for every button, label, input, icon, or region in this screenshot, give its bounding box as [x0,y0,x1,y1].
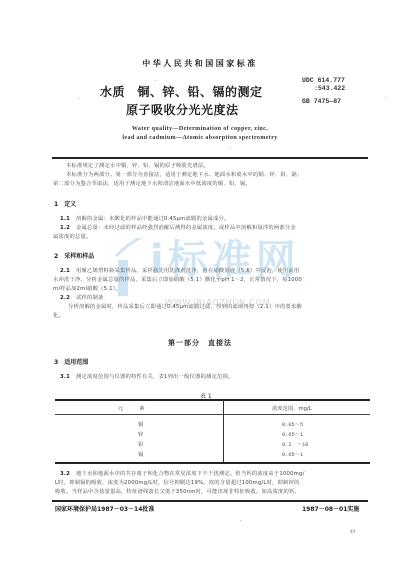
table-column-divider [223,400,224,462]
clause-number: 1.1 [60,216,70,222]
header-divider [52,157,368,159]
section-title: 适用范围 [64,359,88,366]
clause-number: 2.1 [60,268,70,274]
section-number: 3 [54,359,58,366]
english-title-line-1: Water quality—Determination of copper, z… [0,126,400,132]
section-title: 定义 [64,201,76,208]
section-2-heading: 2采样和样品 [54,251,94,260]
udc-line-2: :543.422 [302,85,345,93]
udc-line-1: UDC 614.777 [302,77,345,84]
clause-3-2-line-3: 吸收。当样品中含盐量很高，特征谱线波长又低于350nm时，可能出现非特征吸收。如… [55,488,300,497]
section-3-heading: 3适用范围 [54,357,88,366]
table-cell-range: 0.05～1 [282,430,303,438]
scan-speck [78,98,79,99]
clause-number: 2.2 [60,295,70,301]
clause-2-1: 2.1用聚乙烯塑料瓶采集样品。采样瓶先用洗涤剂洗净，再在硝酸溶液（5.6）中浸泡… [60,267,299,276]
implementation-date: 1987－08－01实施 [302,504,359,513]
table-header-rule [55,414,370,415]
clause-number: 1.2 [60,225,70,231]
clause-text: 溶解的金属：未酸化的样品中能通过0.45μm滤膜的金属成分。 [76,216,229,222]
clause-2-1-line-3: ml样品加2ml硝酸（5.1）。 [53,285,121,294]
part-1-heading: 第一部分 直接法 [0,338,400,348]
table-top-rule [55,399,370,401]
clause-text: 地下水和地面水中的共存离子和化合物在常见浓度下不干扰测定。但当钙的浓度高于100… [76,471,305,477]
clause-title: 试样的制备 [76,295,104,301]
clause-1-2: 1.2金属总量：未经过滤的样品经强烈消解后测得的金属浓度，或样品中溶解和悬浮的两… [60,224,296,233]
gb-number: GB 7475—87 [302,98,341,105]
clause-number: 3.1 [60,374,70,380]
clause-number: 3.2 [60,471,70,477]
intro-paragraph-2-line-1: 本标准分为两部分。第一部分为直接法，适用于测定地下水、地面水和废水中的铜、锌、铅… [66,171,302,180]
section-1-heading: 1定义 [54,199,76,208]
section-number: 1 [54,201,58,208]
table-cell-range: 0.05～5 [282,420,303,428]
table-cell-range: 0.2 ～10 [282,440,309,448]
table-header-range: 浓度范围，mg/L [272,404,312,412]
section-title: 采样和样品 [64,253,94,260]
clause-3-2-line-2: L时，抑制镉的吸收，浓度为2000mg/L时，信号抑制达19%。铁的含量超过10… [55,479,300,488]
clause-3-2: 3.2地下水和地面水中的共存离子和化合物在常见浓度下不干扰测定。但当钙的浓度高于… [60,470,305,479]
scan-speck [155,80,156,81]
table-header-element: 元 素 [118,404,145,412]
table-cell-range: 0.05～1 [282,450,303,458]
title-line-1: 水质 铜、锌、铅、镉的测定 [100,83,263,100]
udc-code: UDC 614.777 :543.422 [302,77,345,92]
page-number: 49 [350,530,355,535]
clause-1-2-line-2: 属浓度的总量。 [53,233,91,242]
section-number: 2 [54,253,58,260]
clause-2-2-line-2: 化。 [53,312,64,321]
national-standard-label: 中华人民共和国国家标准 [0,58,400,69]
approval-date: 国家环境保护局1987－03－14批准 [55,504,154,513]
clause-3-1: 3.1测定浓度范围与仪器的特性有关，表1列出一般仪器的测定范围。 [60,373,233,382]
table-cell-element: 铜 [138,420,143,428]
title-line-2: 原子吸收分光光度法 [126,101,239,118]
clause-1-1: 1.1溶解的金属：未酸化的样品中能通过0.45μm滤膜的金属成分。 [60,215,229,224]
intro-paragraph-2-line-2: 第二部分为螯合萃取法，适用于测定地下水和清洁地面水中低浓度的铜、铅、镉。 [53,180,251,189]
clause-2-1-line-2: 水冲洗干净。分析金属总量的样品，采集后立即加硝酸（5.1）酸化至pH 1～2，正… [53,276,302,285]
clause-text: 金属总量：未经过滤的样品经强烈消解后测得的金属浓度，或样品中溶解和悬浮的两部分金 [76,225,296,231]
english-title-line-2: lead and cadmium—Atomic absorption spect… [0,135,400,141]
clause-text: 用聚乙烯塑料瓶采集样品。采样瓶先用洗涤剂洗净，再在硝酸溶液（5.6）中浸泡，使用… [76,268,299,274]
table-cell-element: 铅 [138,440,143,448]
intro-paragraph-1: 本标准规定了测定水中铜、锌、铅、镉的原子吸收光谱法。 [66,162,209,171]
table-bottom-rule [55,462,370,464]
scan-speck [240,520,241,521]
scan-speck [385,97,386,98]
clause-2-2-heading: 2.2试样的制备 [60,294,103,303]
table-cell-element: 镉 [138,450,143,458]
footer-divider [52,500,368,502]
table-cell-element: 锌 [138,430,143,438]
clause-text: 测定浓度范围与仪器的特性有关，表1列出一般仪器的测定范围。 [76,374,234,380]
scan-speck [230,148,231,149]
clause-2-2-line-1: 分析溶解的金属时，样品采集后立即通过0.45μm滤膜过滤，得到的滤液再按（2.1… [68,303,302,312]
